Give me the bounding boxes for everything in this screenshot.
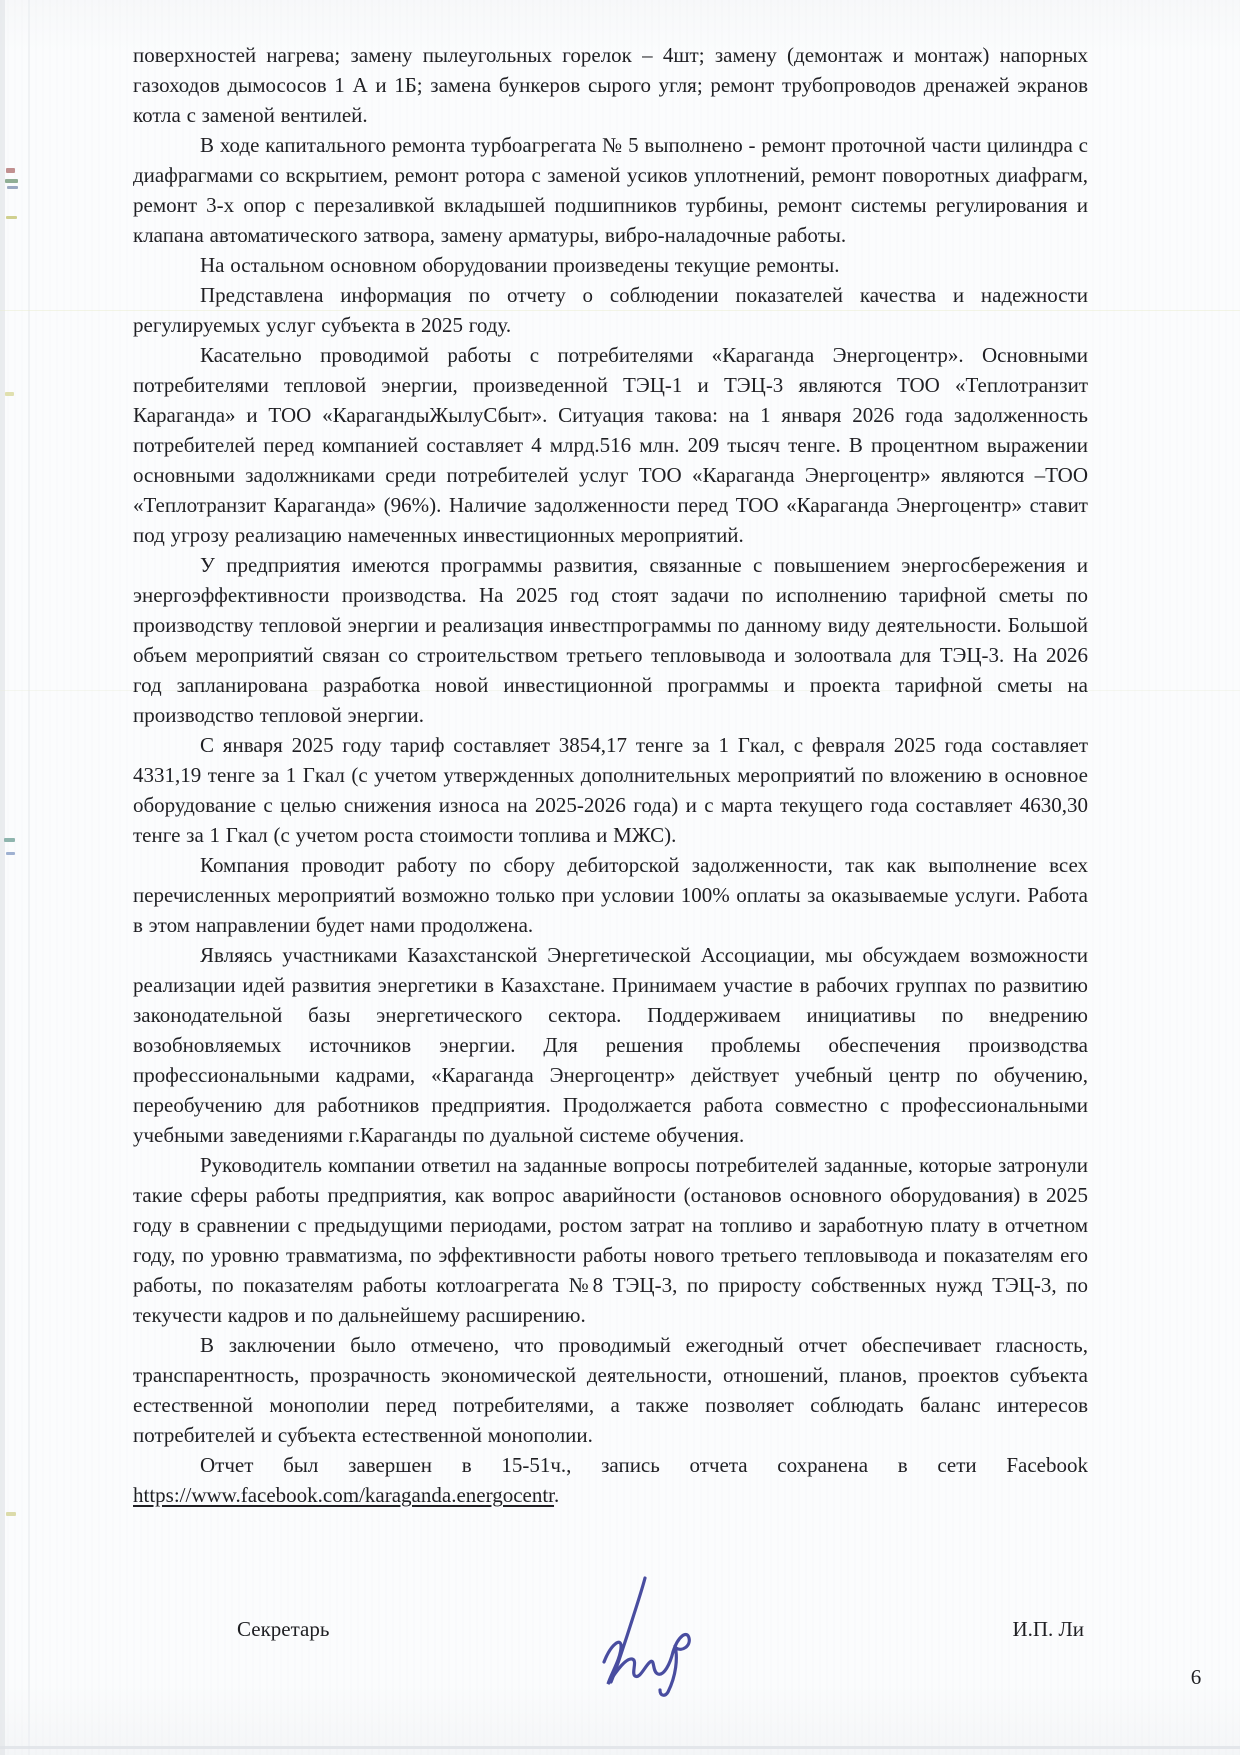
scan-edge-line — [0, 1746, 1240, 1749]
signature-role-label: Секретарь — [133, 1614, 329, 1644]
body-paragraph: На остальном основном оборудовании произ… — [133, 250, 1088, 280]
body-paragraph: Компания проводит работу по сбору дебито… — [133, 850, 1088, 940]
signature-image — [598, 1574, 710, 1702]
body-paragraph: Руководитель компании ответил на заданны… — [133, 1150, 1088, 1330]
document-page: { "page": { "number": "6" }, "document":… — [0, 0, 1240, 1755]
closing-paragraph: Отчет был завершен в 15-51ч., запись отч… — [133, 1450, 1088, 1510]
signature-name-label: И.П. Ли — [1012, 1614, 1088, 1644]
scan-artifact — [6, 852, 15, 855]
closing-period: . — [554, 1483, 559, 1507]
body-paragraph: Представлена информация по отчету о собл… — [133, 280, 1088, 340]
scan-artifact — [4, 838, 15, 842]
scan-edge-strip — [28, 0, 30, 1755]
body-paragraph: В заключении было отмечено, что проводим… — [133, 1330, 1088, 1450]
body-paragraph: У предприятия имеются программы развития… — [133, 550, 1088, 730]
document-body: поверхностей нагрева; замену пылеугольны… — [133, 40, 1088, 1510]
body-paragraph: Являясь участниками Казахстанской Энерге… — [133, 940, 1088, 1150]
scan-artifact — [5, 179, 18, 183]
scan-artifact — [6, 1512, 16, 1516]
body-paragraph: В ходе капитального ремонта турбоагрегат… — [133, 130, 1088, 250]
page-number: 6 — [1178, 1662, 1214, 1692]
body-paragraph: поверхностей нагрева; замену пылеугольны… — [133, 40, 1088, 130]
scan-artifact — [6, 168, 15, 173]
body-paragraph: Касательно проводимой работы с потребите… — [133, 340, 1088, 550]
scan-artifact — [5, 392, 14, 396]
body-paragraph: С января 2025 году тариф составляет 3854… — [133, 730, 1088, 850]
scan-edge-strip — [0, 0, 5, 1755]
closing-text: Отчет был завершен в 15-51ч., запись отч… — [200, 1453, 1088, 1477]
scan-artifact — [6, 216, 17, 219]
facebook-link[interactable]: https://www.facebook.com/karaganda.energ… — [133, 1483, 554, 1507]
scan-artifact — [7, 186, 18, 189]
